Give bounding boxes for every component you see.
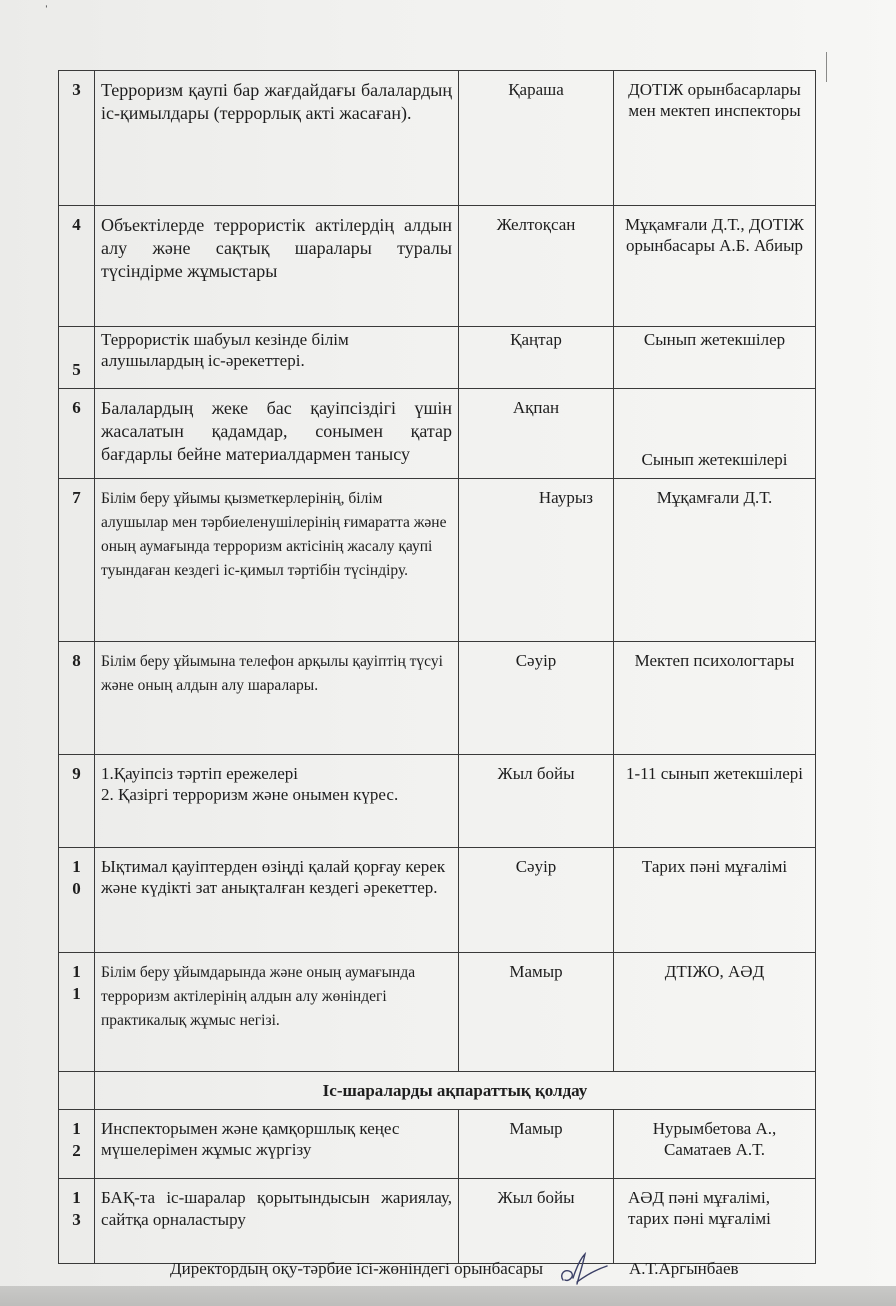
responsible-cell: Тарих пәні мұғалімі [614, 848, 816, 953]
scan-speck: ˈ [44, 4, 49, 20]
section-heading-row: Іс-шараларды ақпараттық қолдау [59, 1072, 816, 1110]
activity-cell: БАҚ-та іс-шаралар қорытындысын жариялау,… [95, 1179, 459, 1264]
table-row: 9 1.Қауіпсіз тәртіп ережелері 2. Қазіргі… [59, 755, 816, 848]
table-row: 5 Террористік шабуыл кезінде білім алушы… [59, 327, 816, 389]
row-number: 1 0 [59, 848, 95, 953]
activity-cell: Ықтимал қауіптерден өзіңді қалай қорғау … [95, 848, 459, 953]
responsible-cell: Нурымбетова А., Саматаев А.Т. [614, 1110, 816, 1179]
row-number: 1 1 [59, 953, 95, 1072]
table-row: 7 Білім беру ұйымы қызметкерлерінің, біл… [59, 479, 816, 642]
activity-cell: Террористік шабуыл кезінде білім алушыла… [95, 327, 459, 389]
table-row: 3 Терроризм қаупі бар жағдайдағы балалар… [59, 71, 816, 206]
row-number-digit: 3 [65, 1209, 88, 1231]
date-cell: Желтоқсан [459, 206, 614, 327]
date-cell: Жыл бойы [459, 755, 614, 848]
row-number-digit: 1 [65, 1118, 88, 1140]
responsible-cell: 1-11 сынып жетекшілері [614, 755, 816, 848]
row-number-digit: 1 [65, 983, 88, 1005]
table-row: 1 3 БАҚ-та іс-шаралар қорытындысын жария… [59, 1179, 816, 1264]
date-cell: Сәуір [459, 848, 614, 953]
date-cell: Мамыр [459, 1110, 614, 1179]
activity-line: 1.Қауіпсіз тәртіп ережелері [101, 763, 452, 784]
row-number-digit: 1 [65, 856, 88, 878]
signer-title: Директордың оқу-тәрбие ісі-жөніндегі оры… [170, 1259, 543, 1279]
activity-cell: Білім беру ұйымдарында және оның аумағын… [95, 953, 459, 1072]
row-number: 1 2 [59, 1110, 95, 1179]
activity-cell: Инспекторымен және қамқоршлық кеңес мүше… [95, 1110, 459, 1179]
responsible-cell: Сынып жетекшілер [614, 327, 816, 389]
activity-line: 2. Қазіргі терроризм және онымен күрес. [101, 784, 452, 805]
activity-cell: Терроризм қаупі бар жағдайдағы балаларды… [95, 71, 459, 206]
row-number-digit: 2 [65, 1140, 88, 1162]
row-number: 4 [59, 206, 95, 327]
scan-artifact-line [826, 52, 827, 82]
row-number: 8 [59, 642, 95, 755]
row-number: 9 [59, 755, 95, 848]
date-cell: Жыл бойы [459, 1179, 614, 1264]
signature-block: Директордың оқу-тәрбие ісі-жөніндегі оры… [170, 1252, 810, 1286]
table-row: 1 0 Ықтимал қауіптерден өзіңді қалай қор… [59, 848, 816, 953]
table-row: 1 1 Білім беру ұйымдарында және оның аум… [59, 953, 816, 1072]
signer-name: А.Т.Аргынбаев [629, 1259, 739, 1279]
responsible-cell: Мұқамғали Д.Т., ДОТІЖ орынбасары А.Б. Аб… [614, 206, 816, 327]
row-number-digit: 1 [65, 961, 88, 983]
responsible-cell: Мұқамғали Д.Т. [614, 479, 816, 642]
row-number: 7 [59, 479, 95, 642]
row-number: 1 3 [59, 1179, 95, 1264]
table-row: 6 Балалардың жеке бас қауіпсіздігі үшін … [59, 389, 816, 479]
activity-cell: Объектілерде террористік актілердің алды… [95, 206, 459, 327]
section-heading: Іс-шараларды ақпараттық қолдау [95, 1072, 816, 1110]
table-row: 4 Объектілерде террористік актілердің ал… [59, 206, 816, 327]
responsible-cell: АӘД пәні мұғалімі, тарих пәні мұғалімі [614, 1179, 816, 1264]
date-cell: Қараша [459, 71, 614, 206]
row-number: 5 [59, 327, 95, 389]
row-number: 6 [59, 389, 95, 479]
date-cell: Ақпан [459, 389, 614, 479]
row-number-digit: 1 [65, 1187, 88, 1209]
date-cell: Наурыз [459, 479, 614, 642]
table-row: 8 Білім беру ұйымына телефон арқылы қауі… [59, 642, 816, 755]
section-blank-cell [59, 1072, 95, 1110]
activity-plan-table: 3 Терроризм қаупі бар жағдайдағы балалар… [58, 70, 816, 1264]
handwritten-signature-icon [555, 1252, 615, 1286]
date-cell: Қаңтар [459, 327, 614, 389]
page-bottom-edge [0, 1286, 896, 1306]
responsible-cell: ДТІЖО, АӘД [614, 953, 816, 1072]
row-number: 3 [59, 71, 95, 206]
row-number-digit: 0 [65, 878, 88, 900]
date-cell: Сәуір [459, 642, 614, 755]
activity-cell: Білім беру ұйымына телефон арқылы қауіпт… [95, 642, 459, 755]
date-cell: Мамыр [459, 953, 614, 1072]
responsible-cell: Мектеп психологтары [614, 642, 816, 755]
activity-cell: Білім беру ұйымы қызметкерлерінің, білім… [95, 479, 459, 642]
responsible-cell: Сынып жетекшілері [614, 389, 816, 479]
activity-cell: Балалардың жеке бас қауіпсіздігі үшін жа… [95, 389, 459, 479]
table-row: 1 2 Инспекторымен және қамқоршлық кеңес … [59, 1110, 816, 1179]
activity-cell: 1.Қауіпсіз тәртіп ережелері 2. Қазіргі т… [95, 755, 459, 848]
responsible-cell: ДОТІЖ орынбасарлары мен мектеп инспектор… [614, 71, 816, 206]
